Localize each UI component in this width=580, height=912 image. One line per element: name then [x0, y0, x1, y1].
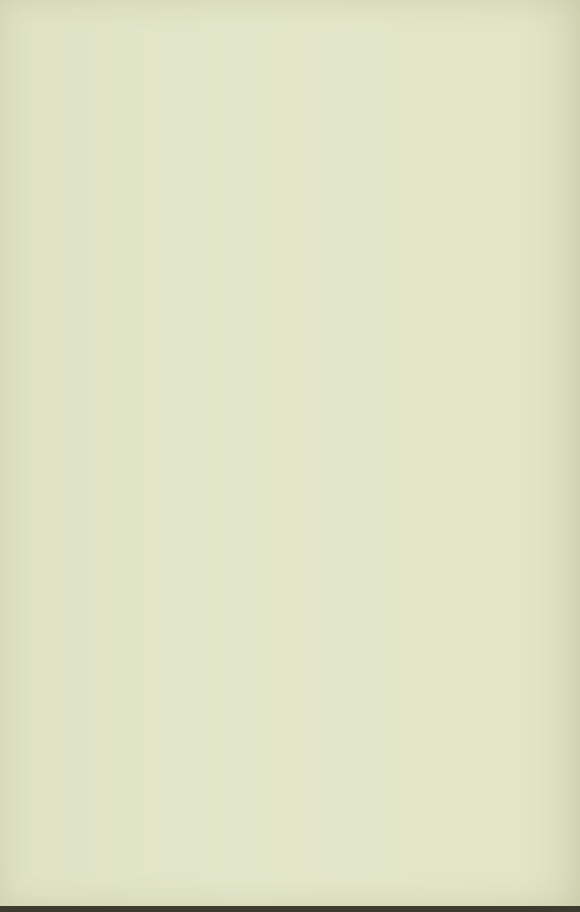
document-page: [0, 0, 580, 906]
